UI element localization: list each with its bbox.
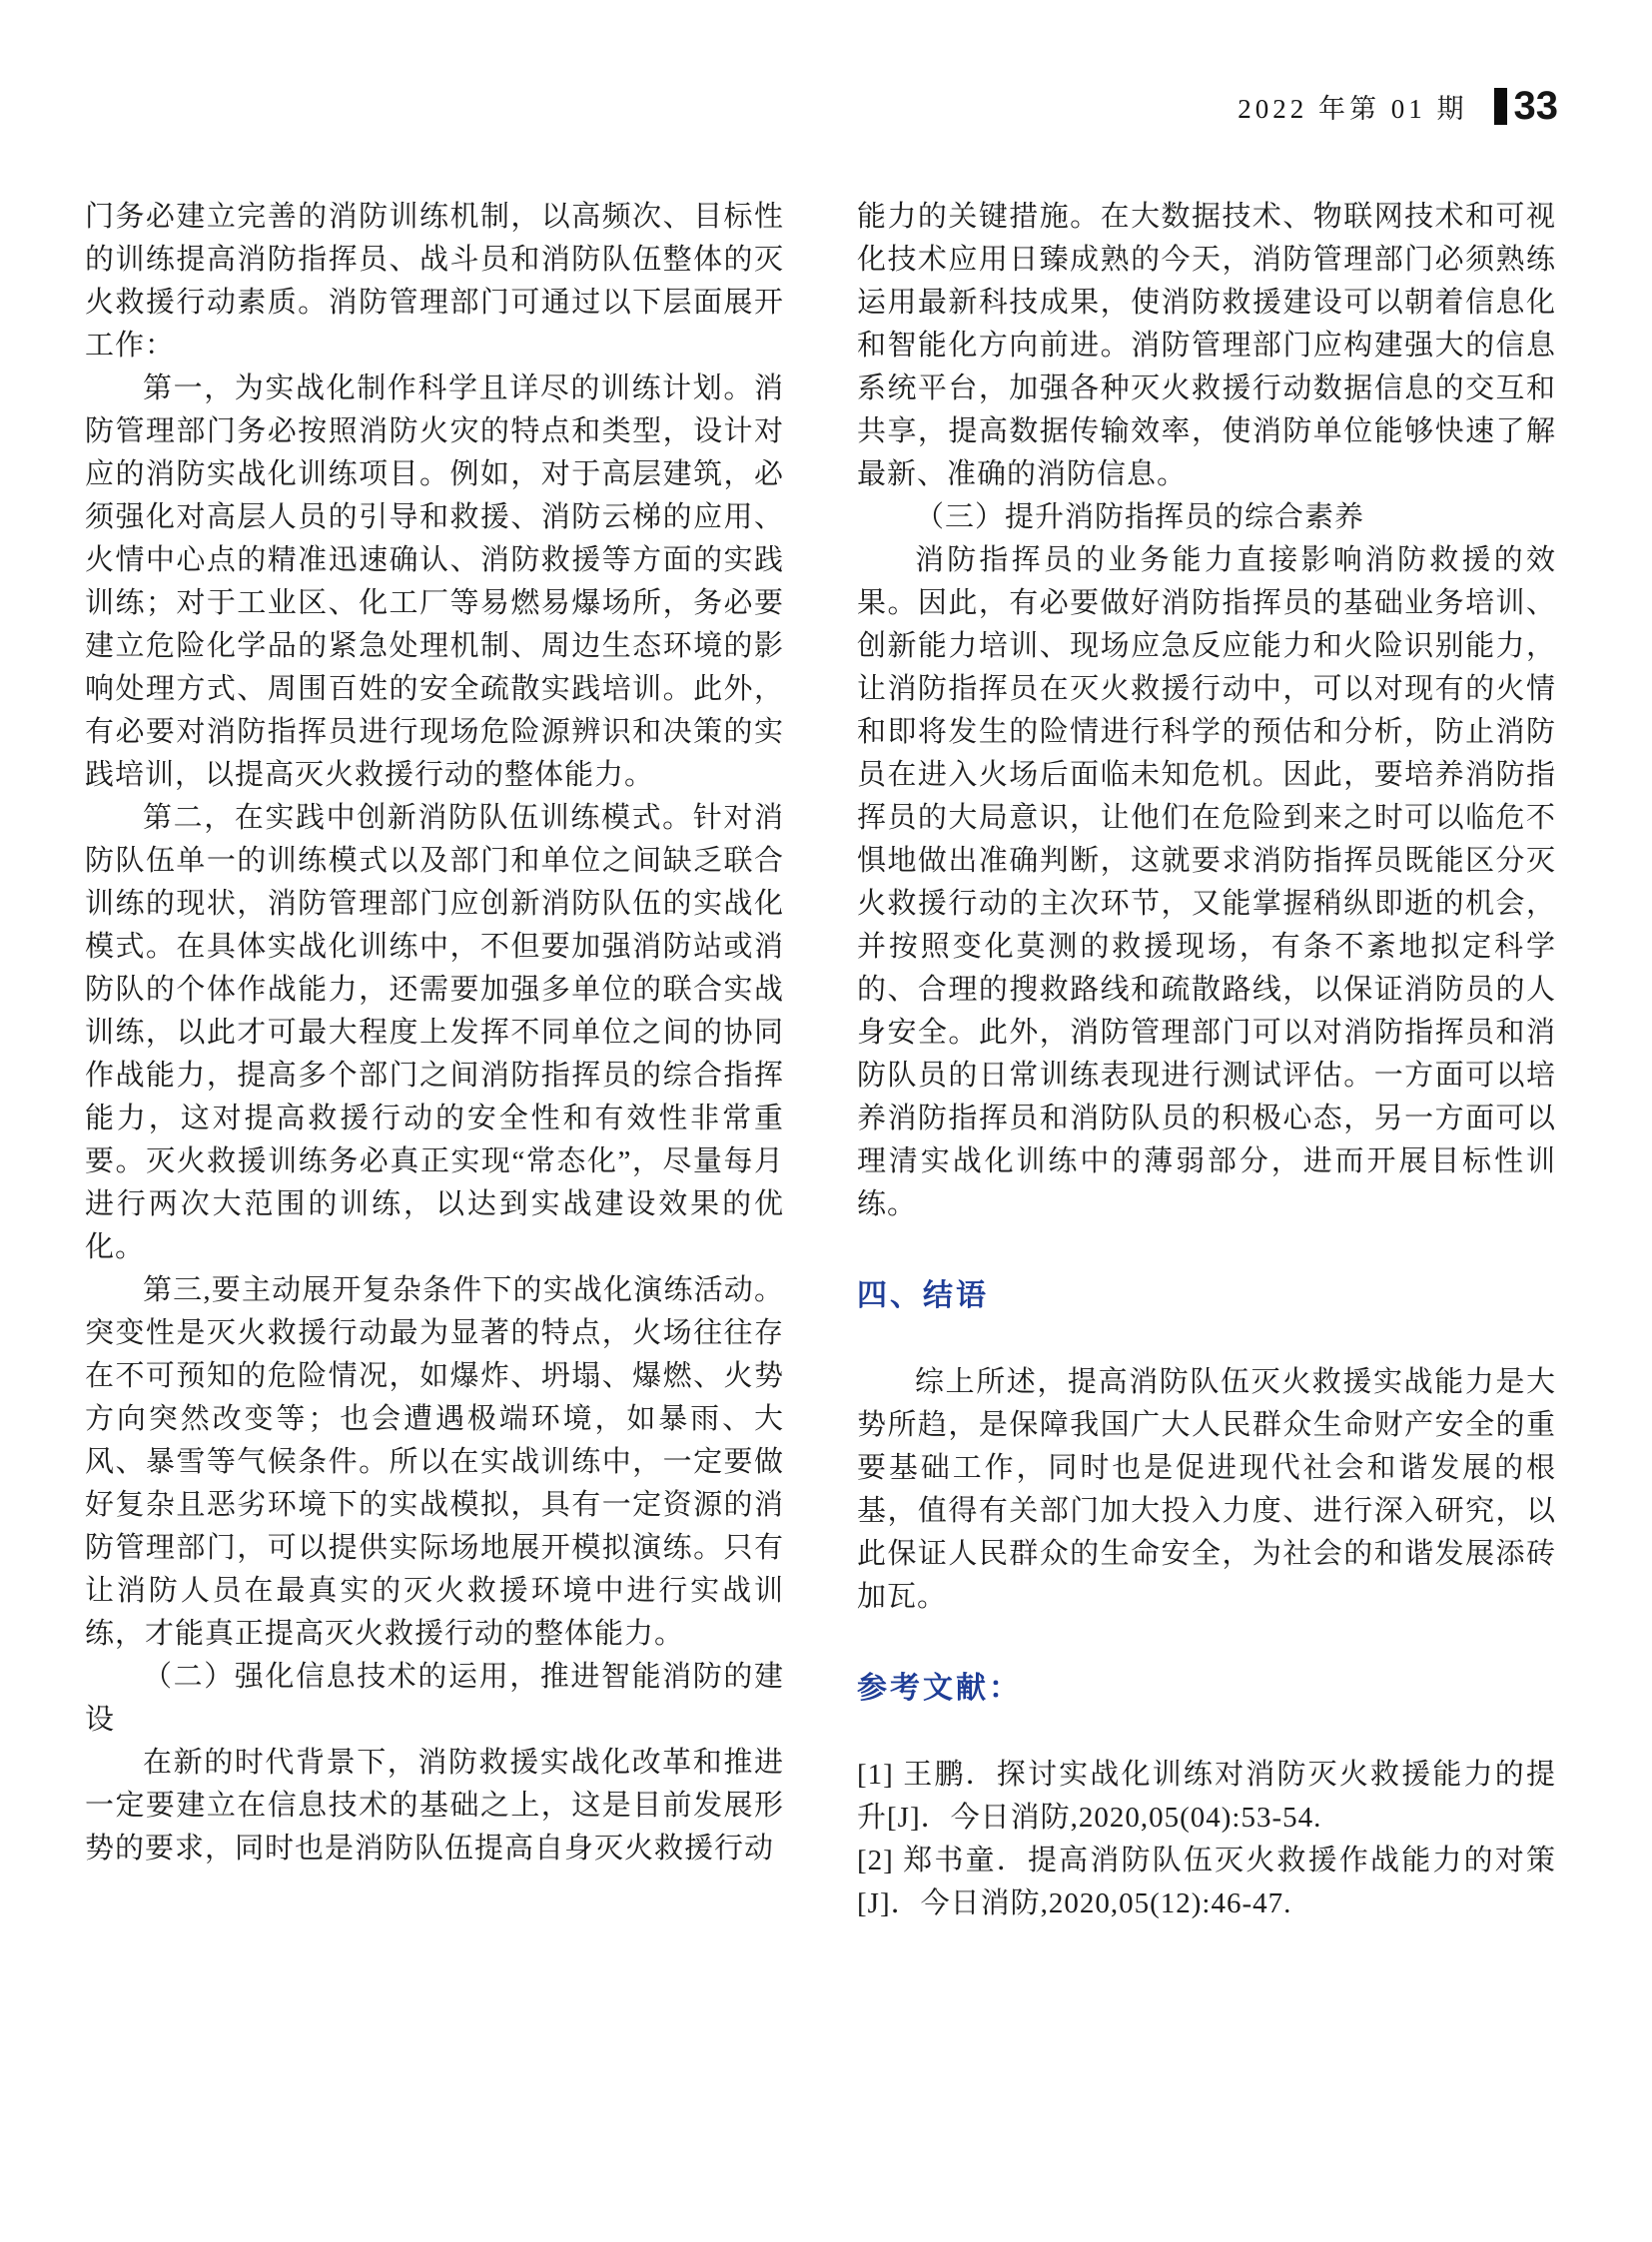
reference-item-1: [1] 王鹏．探讨实战化训练对消防灭火救援能力的提升[J]．今日消防,2020,… bbox=[857, 1754, 1556, 1840]
paragraph-conclusion: 综上所述，提高消防队伍灭火救援实战能力是大势所趋，是保障我国广大人民群众生命财产… bbox=[857, 1361, 1556, 1619]
two-column-body: 门务必建立完善的消防训练机制，以高频次、目标性的训练提高消防指挥员、战斗员和消防… bbox=[85, 196, 1556, 1925]
page-number: 33 bbox=[1514, 86, 1559, 126]
references-heading: 参考文献： bbox=[857, 1667, 1556, 1710]
paragraph-third-point: 第三,要主动展开复杂条件下的实战化演练活动。突变性是灭火救援行动最为显著的特点，… bbox=[85, 1269, 784, 1656]
paragraph-first-point: 第一，为实战化制作科学且详尽的训练计划。消防管理部门务必按照消防火灾的特点和类型… bbox=[85, 368, 784, 797]
paragraph-continuation: 能力的关键措施。在大数据技术、物联网技术和可视化技术应用日臻成熟的今天，消防管理… bbox=[857, 196, 1556, 496]
paragraph-commander-quality: 消防指挥员的业务能力直接影响消防救援的效果。因此，有必要做好消防指挥员的基础业务… bbox=[857, 539, 1556, 1226]
journal-page: 2022 年第 01 期 33 门务必建立完善的消防训练机制，以高频次、目标性的… bbox=[0, 0, 1652, 2242]
conclusion-heading: 四、结语 bbox=[857, 1274, 1556, 1317]
subheading-section-two: （二）强化信息技术的运用，推进智能消防的建设 bbox=[85, 1656, 784, 1742]
page-number-divider-bar bbox=[1494, 88, 1507, 125]
right-column: 能力的关键措施。在大数据技术、物联网技术和可视化技术应用日臻成熟的今天，消防管理… bbox=[857, 196, 1556, 1925]
issue-info: 2022 年第 01 期 bbox=[1238, 87, 1467, 126]
paragraph-info-tech: 在新的时代背景下，消防救援实战化改革和推进一定要建立在信息技术的基础之上，这是目… bbox=[85, 1742, 784, 1870]
paragraph-second-point: 第二，在实践中创新消防队伍训练模式。针对消防队伍单一的训练模式以及部门和单位之间… bbox=[85, 797, 784, 1269]
paragraph-continuation: 门务必建立完善的消防训练机制，以高频次、目标性的训练提高消防指挥员、战斗员和消防… bbox=[85, 196, 784, 368]
reference-item-2: [2] 郑书童．提高消防队伍灭火救援作战能力的对策[J]．今日消防,2020,0… bbox=[857, 1840, 1556, 1925]
subheading-section-three: （三）提升消防指挥员的综合素养 bbox=[857, 496, 1556, 539]
left-column: 门务必建立完善的消防训练机制，以高频次、目标性的训练提高消防指挥员、战斗员和消防… bbox=[85, 196, 784, 1925]
running-head: 2022 年第 01 期 33 bbox=[1238, 86, 1558, 126]
